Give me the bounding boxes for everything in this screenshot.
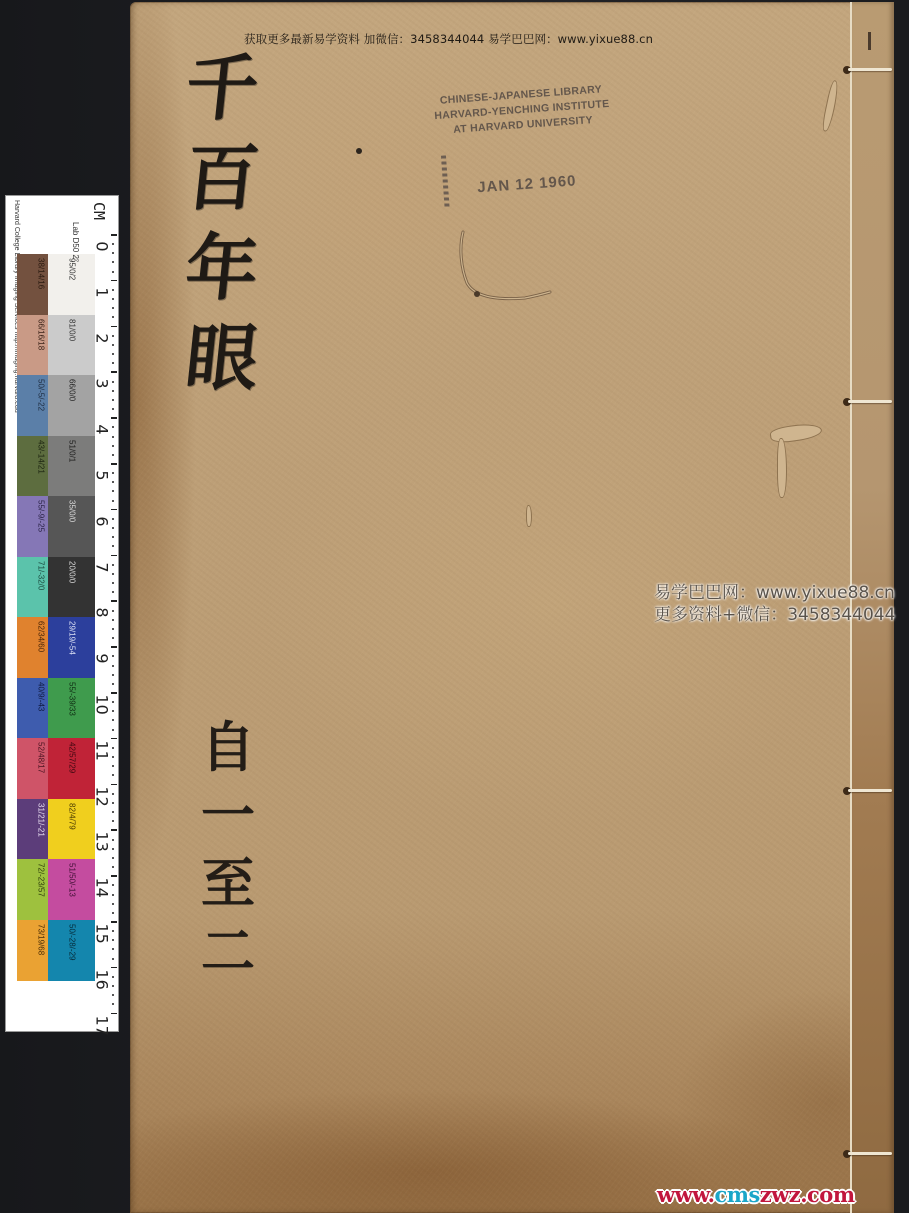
ruler-minor-tick (112, 481, 114, 483)
ruler-tick (111, 784, 117, 786)
ruler-tick (111, 234, 117, 236)
ruler-minor-tick (112, 912, 114, 914)
worm-damage (526, 505, 532, 527)
volume-char: 一 (201, 788, 255, 842)
ruler-number: 8 (93, 603, 112, 623)
ruler-minor-tick (112, 261, 114, 263)
lab-label: Lab D50 2° (71, 222, 80, 262)
watermark-top: 获取更多最新易学资料 加微信：3458344044 易学巴巴网：www.yixu… (244, 31, 653, 47)
ruler-minor-tick (112, 903, 114, 905)
ruler-tick (111, 738, 117, 740)
volume-char: 自 (201, 720, 255, 774)
ruler-minor-tick (112, 765, 114, 767)
patch-lab-value: 43/-14/21 (36, 440, 45, 474)
ruler-tick (111, 280, 117, 282)
ruler-minor-tick (112, 866, 114, 868)
ruler-minor-tick (112, 445, 114, 447)
ruler-minor-tick (112, 637, 114, 639)
ruler-minor-tick (112, 564, 114, 566)
title-char: 百 (182, 142, 262, 214)
ruler-tick (111, 555, 117, 557)
ruler-minor-tick (112, 719, 114, 721)
ruler-minor-tick (112, 582, 114, 584)
patch-lab-value: 42/57/29 (67, 742, 76, 773)
ruler-minor-tick (112, 454, 114, 456)
ruler-minor-tick (112, 811, 114, 813)
ruler-minor-tick (112, 353, 114, 355)
ruler-number: 5 (93, 466, 112, 486)
patch-lab-value: 62/34/60 (36, 621, 45, 652)
ruler-minor-tick (112, 399, 114, 401)
ruler-minor-tick (112, 820, 114, 822)
cover-title: 千 百 年 眼 (172, 52, 272, 394)
ruler-minor-tick (112, 857, 114, 859)
ruler-minor-tick (112, 884, 114, 886)
ruler-number: 10 (93, 695, 112, 715)
watermark-right-line2: 更多资料+微信：3458344044 (654, 604, 895, 626)
ruler-minor-tick (112, 894, 114, 896)
ruler-tick (111, 509, 117, 511)
watermark-right: 易学巴巴网：www.yixue88.cn 更多资料+微信：3458344044 (654, 582, 895, 626)
binding-thread (848, 789, 892, 792)
ruler-minor-tick (112, 774, 114, 776)
ruler-number: 9 (93, 649, 112, 669)
patch-lab-value: 20/0/0 (67, 561, 76, 583)
ruler-minor-tick (112, 628, 114, 630)
ruler-minor-tick (112, 591, 114, 593)
ruler-minor-tick (112, 848, 114, 850)
patch-lab-value: 55/-39/33 (67, 682, 76, 716)
watermark-right-line1: 易学巴巴网：www.yixue88.cn (654, 582, 895, 604)
ruler-minor-tick (112, 271, 114, 273)
ruler-minor-tick (112, 701, 114, 703)
ink-dot (356, 148, 362, 154)
ruler-minor-tick (112, 655, 114, 657)
ruler-minor-tick (112, 948, 114, 950)
ruler-minor-tick (112, 930, 114, 932)
ruler-minor-tick (112, 839, 114, 841)
ruler-tick (111, 921, 117, 923)
ruler-minor-tick (112, 307, 114, 309)
ruler-minor-tick (112, 610, 114, 612)
patch-lab-value: 66/0/0 (67, 379, 76, 401)
patch-lab-value: 66/16/18 (36, 319, 45, 350)
color-calibration-target: Harvard College Library Imaging Services… (5, 195, 119, 1032)
patch-lab-value: 82/4/79 (67, 803, 76, 830)
ruler-minor-tick (112, 994, 114, 996)
binding-thread (848, 68, 892, 71)
ruler-minor-tick (112, 500, 114, 502)
ruler-minor-tick (112, 665, 114, 667)
ruler-number: 1 (93, 282, 112, 302)
patch-lab-value: 55/-9/-25 (36, 500, 45, 532)
ruler-number: 16 (93, 969, 112, 989)
ruler-minor-tick (112, 573, 114, 575)
ruler-tick (111, 371, 117, 373)
string-tie (455, 228, 555, 308)
ruler-minor-tick (112, 976, 114, 978)
ruler-minor-tick (112, 344, 114, 346)
ruler-minor-tick (112, 619, 114, 621)
patch-lab-value: 40/9/-43 (36, 682, 45, 711)
ruler-minor-tick (112, 426, 114, 428)
ruler-minor-tick (112, 527, 114, 529)
ruler-number: 4 (93, 420, 112, 440)
ruler-minor-tick (112, 472, 114, 474)
ruler-minor-tick (112, 802, 114, 804)
ruler-number: 2 (93, 328, 112, 348)
ruler-tick (111, 875, 117, 877)
ruler-tick (111, 417, 117, 419)
ruler-minor-tick (112, 674, 114, 676)
ruler-minor-tick (112, 1003, 114, 1005)
ruler-minor-tick (112, 756, 114, 758)
ruler-number: 13 (93, 832, 112, 852)
ruler-tick (111, 1013, 117, 1015)
ruler-minor-tick (112, 289, 114, 291)
ruler-number: 11 (93, 740, 112, 760)
ruler-tick (111, 829, 117, 831)
ruler-minor-tick (112, 985, 114, 987)
volume-char: 至 (201, 856, 255, 910)
ruler-tick (111, 463, 117, 465)
ruler-minor-tick (112, 390, 114, 392)
ruler-minor-tick (112, 545, 114, 547)
ruler-tick (111, 326, 117, 328)
patch-lab-value: 73/19/68 (36, 924, 45, 955)
ruler-number: 6 (93, 511, 112, 531)
ruler-unit: CM (90, 202, 108, 220)
patch-lab-value: 29/19/-54 (67, 621, 76, 655)
title-char: 千 (182, 52, 262, 124)
title-char: 年 (182, 232, 262, 304)
watermark-bottom-link[interactable]: www.cmszwz.com (657, 1182, 855, 1207)
ruler-minor-tick (112, 335, 114, 337)
patch-lab-value: 38/14/16 (36, 258, 45, 289)
ruler-tick (111, 692, 117, 694)
patch-lab-value: 72/-23/57 (36, 863, 45, 897)
ruler-minor-tick (112, 436, 114, 438)
ruler-minor-tick (112, 747, 114, 749)
patch-lab-value: 50/-28/-29 (67, 924, 76, 960)
cm-ruler: CM Lab D50 2° 01234567891011121314151617 (84, 196, 118, 1031)
ruler-minor-tick (112, 536, 114, 538)
ruler-minor-tick (112, 243, 114, 245)
ruler-minor-tick (112, 490, 114, 492)
ruler-tick (111, 646, 117, 648)
ruler-number: 12 (93, 786, 112, 806)
patch-lab-value: 31/21/-21 (36, 803, 45, 837)
ruler-number: 14 (93, 878, 112, 898)
ruler-minor-tick (112, 252, 114, 254)
volume-char: 二 (201, 924, 255, 978)
patch-lab-value: 81/0/0 (67, 319, 76, 341)
patch-lab-value: 51/50/-13 (67, 863, 76, 897)
ruler-minor-tick (112, 298, 114, 300)
ruler-minor-tick (112, 683, 114, 685)
ruler-minor-tick (112, 958, 114, 960)
ruler-number: 3 (93, 374, 112, 394)
ruler-number: 17 (93, 1015, 112, 1035)
patch-lab-value: 51/0/1 (67, 440, 76, 462)
ruler-minor-tick (112, 729, 114, 731)
ruler-number: 7 (93, 557, 112, 577)
ruler-tick (111, 600, 117, 602)
ruler-minor-tick (112, 793, 114, 795)
patch-lab-value: 71/-32/0 (36, 561, 45, 590)
ruler-minor-tick (112, 518, 114, 520)
ruler-minor-tick (112, 408, 114, 410)
ruler-minor-tick (112, 381, 114, 383)
ruler-minor-tick (112, 939, 114, 941)
ruler-minor-tick (112, 710, 114, 712)
spine-volume-mark (868, 32, 871, 50)
ruler-tick (111, 967, 117, 969)
patch-lab-value: 35/0/0 (67, 500, 76, 522)
ruler-number: 0 (93, 237, 112, 257)
ruler-number: 15 (93, 924, 112, 944)
volume-note: 自 一 至 二 (198, 720, 258, 978)
patch-lab-value: 50/-5/-22 (36, 379, 45, 411)
binding-thread (848, 1152, 892, 1155)
ruler-minor-tick (112, 362, 114, 364)
binding-thread (848, 400, 892, 403)
title-char: 眼 (182, 322, 262, 394)
ruler-minor-tick (112, 316, 114, 318)
patch-lab-value: 52/48/17 (36, 742, 45, 773)
